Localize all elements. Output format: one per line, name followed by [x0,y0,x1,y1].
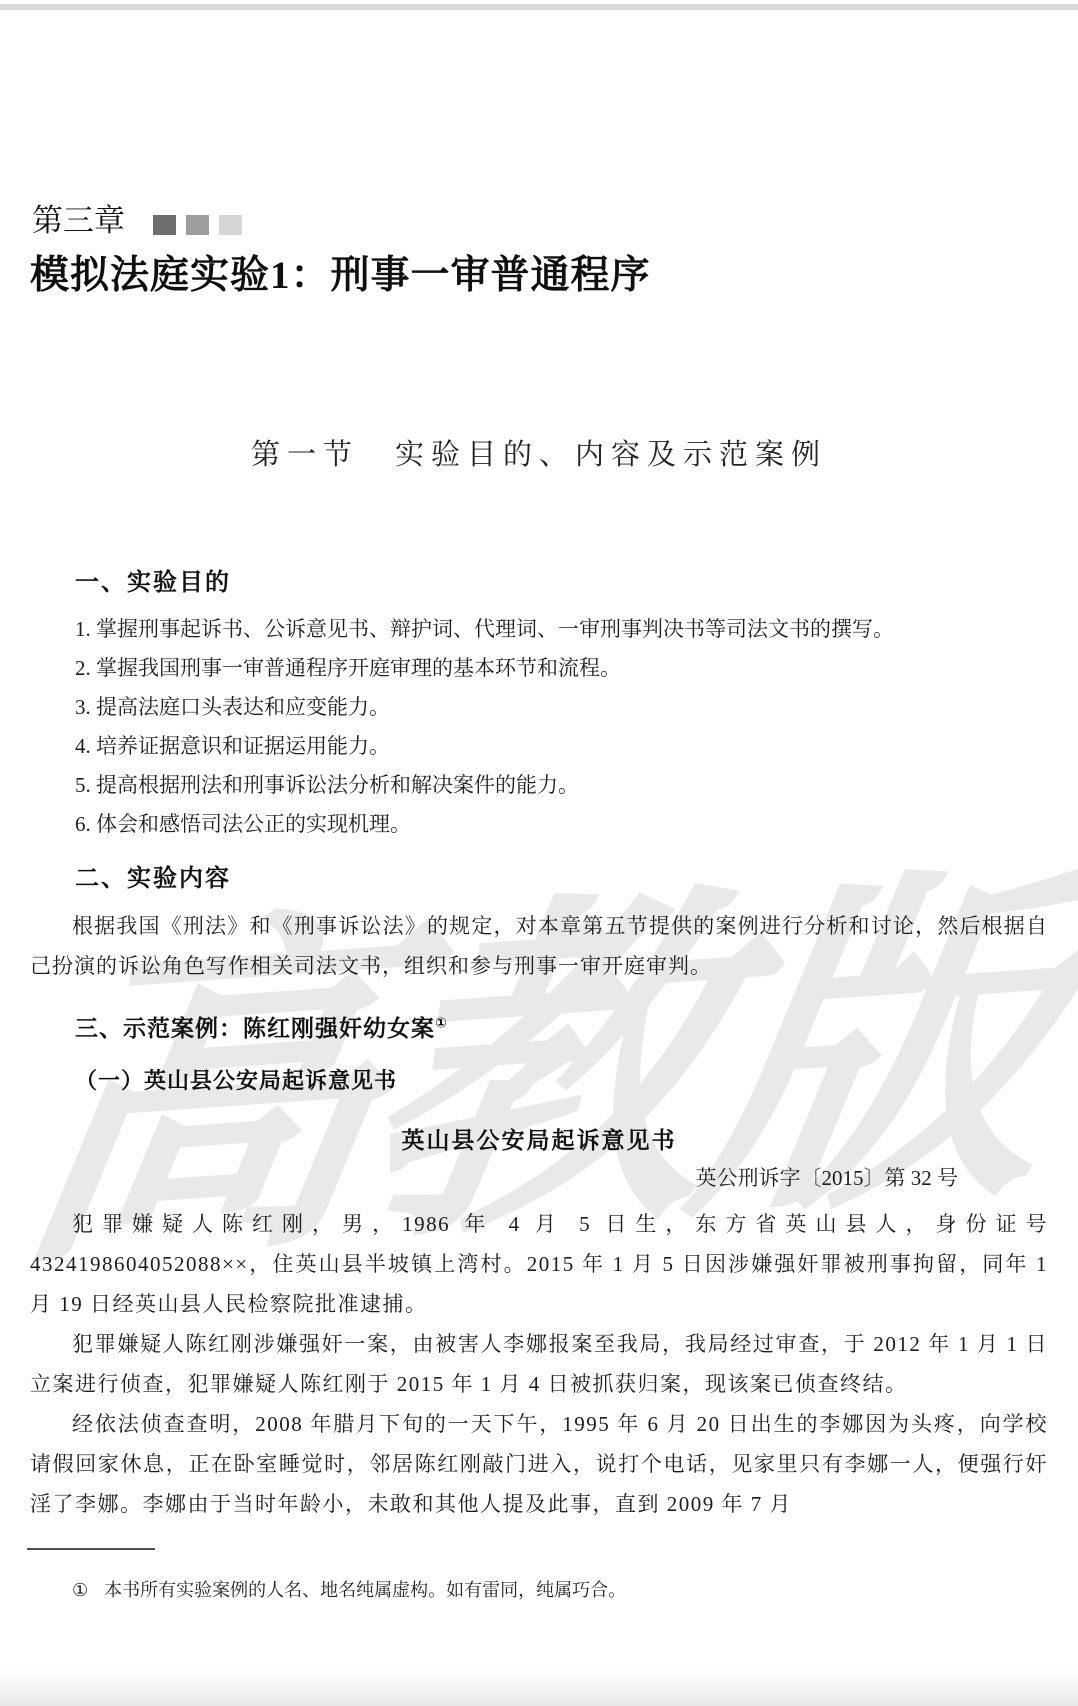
experiment-content-paragraph: 根据我国《刑法》和《刑事诉讼法》的规定，对本章第五节提供的案例进行分析和讨论，然… [30,906,1048,986]
page-footnote: ①本书所有实验案例的人名、地名纯属虚构。如有雷同，纯属巧合。 [72,1576,1022,1602]
objective-item: 4. 培养证据意识和证据运用能力。 [75,727,1048,766]
objectives-heading: 一、实验目的 [75,562,231,597]
objective-item: 3. 提高法庭口头表达和应变能力。 [75,688,1048,727]
chapter-decor-squares [153,215,252,235]
legal-document-title: 英山县公安局起诉意见书 [0,1122,1078,1155]
objective-item: 6. 体会和感悟司法公正的实现机理。 [75,805,1048,844]
experiment-content-heading: 二、实验内容 [75,858,231,893]
legal-document-number: 英公刑诉字〔2015〕第 32 号 [0,1162,1078,1192]
legal-document-body: 犯罪嫌疑人陈红刚，男，1986 年 4 月 5 日生，东方省英山县人，身份证号 … [30,1204,1048,1524]
section-title: 第一节 实验目的、内容及示范案例 [0,432,1078,473]
sample-case-heading-text: 三、示范案例：陈红刚强奸幼女案 [75,1015,435,1041]
document-paragraph: 经依法侦查查明，2008 年腊月下旬的一天下午，1995 年 6 月 20 日出… [30,1404,1048,1524]
document-paragraph: 犯罪嫌疑人陈红刚涉嫌强奸一案，由被害人李娜报案至我局，我局经过审查，于 2012… [30,1324,1048,1404]
case-subheading: （一）英山县公安局起诉意见书 [75,1064,397,1095]
footnote-mark: ① [72,1580,88,1600]
document-paragraph: 犯罪嫌疑人陈红刚，男，1986 年 4 月 5 日生，东方省英山县人，身份证号 … [30,1204,1048,1324]
objective-item: 2. 掌握我国刑事一审普通程序开庭审理的基本环节和流程。 [75,649,1048,688]
chapter-title: 模拟法庭实验1：刑事一审普通程序 [30,244,651,300]
footnote-text: 本书所有实验案例的人名、地名纯属虚构。如有雷同，纯属巧合。 [104,1580,626,1600]
book-page: 第三章 模拟法庭实验1：刑事一审普通程序 第一节 实验目的、内容及示范案例 一、… [0,0,1078,1706]
decor-square-light [219,215,242,235]
objective-item: 5. 提高根据刑法和刑事诉讼法分析和解决案件的能力。 [75,766,1048,805]
objective-item: 1. 掌握刑事起诉书、公诉意见书、辩护词、代理词、一审刑事判决书等司法文书的撰写… [75,610,1048,649]
decor-square-dark [153,215,176,235]
chapter-number-label: 第三章 [32,204,125,238]
objectives-list: 1. 掌握刑事起诉书、公诉意见书、辩护词、代理词、一审刑事判决书等司法文书的撰写… [75,610,1048,844]
sample-case-heading: 三、示范案例：陈红刚强奸幼女案① [75,1010,448,1043]
decor-square-medium [186,215,209,235]
footnote-reference-mark: ① [435,1014,448,1030]
chapter-header: 第三章 [32,204,252,238]
footnote-separator-rule [27,1548,155,1550]
